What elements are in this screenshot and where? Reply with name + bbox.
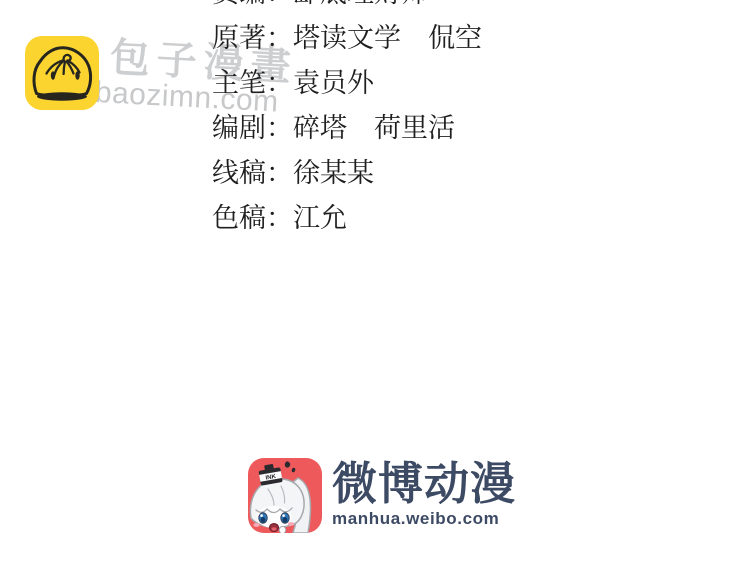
credit-row-line-art: 线稿：徐某某 — [212, 151, 482, 196]
credit-row-screenwriter: 编剧：碎塔 荷里活 — [212, 106, 482, 151]
baozi-bun-icon — [25, 36, 99, 110]
credit-colon: ： — [266, 68, 293, 98]
credit-label: 编剧 — [212, 113, 266, 143]
credits-list: 责编：卧底理财师 原著：塔读文学 侃空 主笔：袁员外 编剧：碎塔 荷里活 线稿：… — [212, 0, 482, 241]
credit-name: 碎塔 荷里活 — [293, 113, 455, 143]
credit-name: 塔读文学 侃空 — [293, 23, 482, 53]
weibo-dongman-logo: INK 微博动漫 manhua.weibo.com — [248, 458, 516, 533]
credit-label: 责编 — [212, 0, 266, 8]
credit-name: 袁员外 — [293, 68, 374, 98]
credit-row-editor: 责编：卧底理财师 — [212, 0, 482, 16]
credit-colon: ： — [266, 158, 293, 188]
credit-label: 原著 — [212, 23, 266, 53]
weibo-dongman-chibi-girl-icon: INK — [248, 458, 322, 533]
credit-colon: ： — [266, 203, 293, 233]
credit-row-coloring: 色稿：江允 — [212, 196, 482, 241]
weibo-dongman-title: 微博动漫 — [332, 460, 516, 508]
credit-row-lead-artist: 主笔：袁员外 — [212, 61, 482, 106]
credit-name: 江允 — [293, 203, 347, 233]
credit-label: 线稿 — [212, 158, 266, 188]
credit-name: 卧底理财师 — [293, 0, 428, 8]
credit-name: 徐某某 — [293, 158, 374, 188]
credit-colon: ： — [266, 23, 293, 53]
credit-colon: ： — [266, 0, 293, 8]
credit-label: 色稿 — [212, 203, 266, 233]
credit-colon: ： — [266, 113, 293, 143]
weibo-dongman-url: manhua.weibo.com — [332, 509, 516, 528]
weibo-dongman-text: 微博动漫 manhua.weibo.com — [332, 458, 516, 528]
credit-label: 主笔 — [212, 68, 266, 98]
credit-row-original-work: 原著：塔读文学 侃空 — [212, 16, 482, 61]
